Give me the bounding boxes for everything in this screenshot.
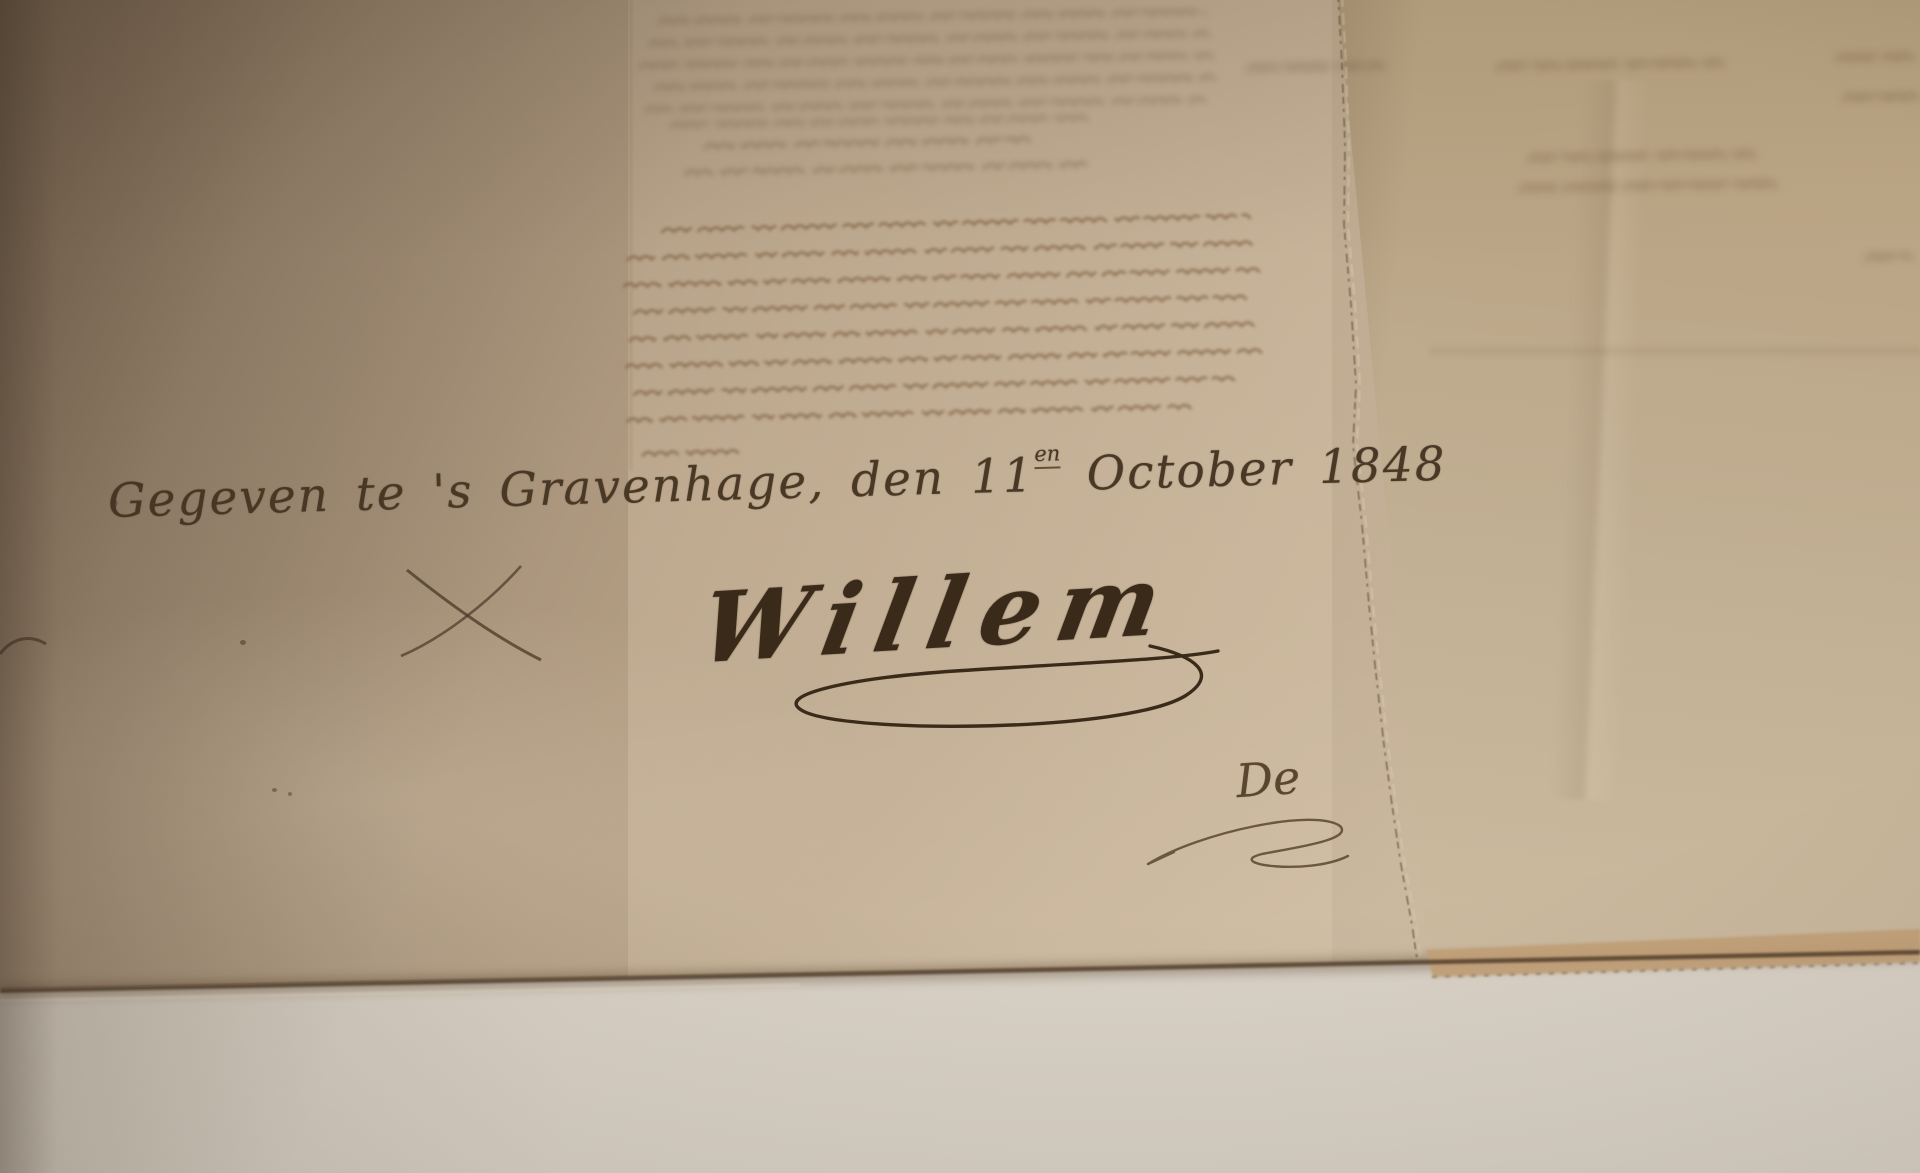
photo-of-manuscript: Gegeven te 's Gravenhage, den 11en Octob… (0, 0, 1920, 1173)
sheet-bottom-edge-line (0, 0, 1920, 1173)
